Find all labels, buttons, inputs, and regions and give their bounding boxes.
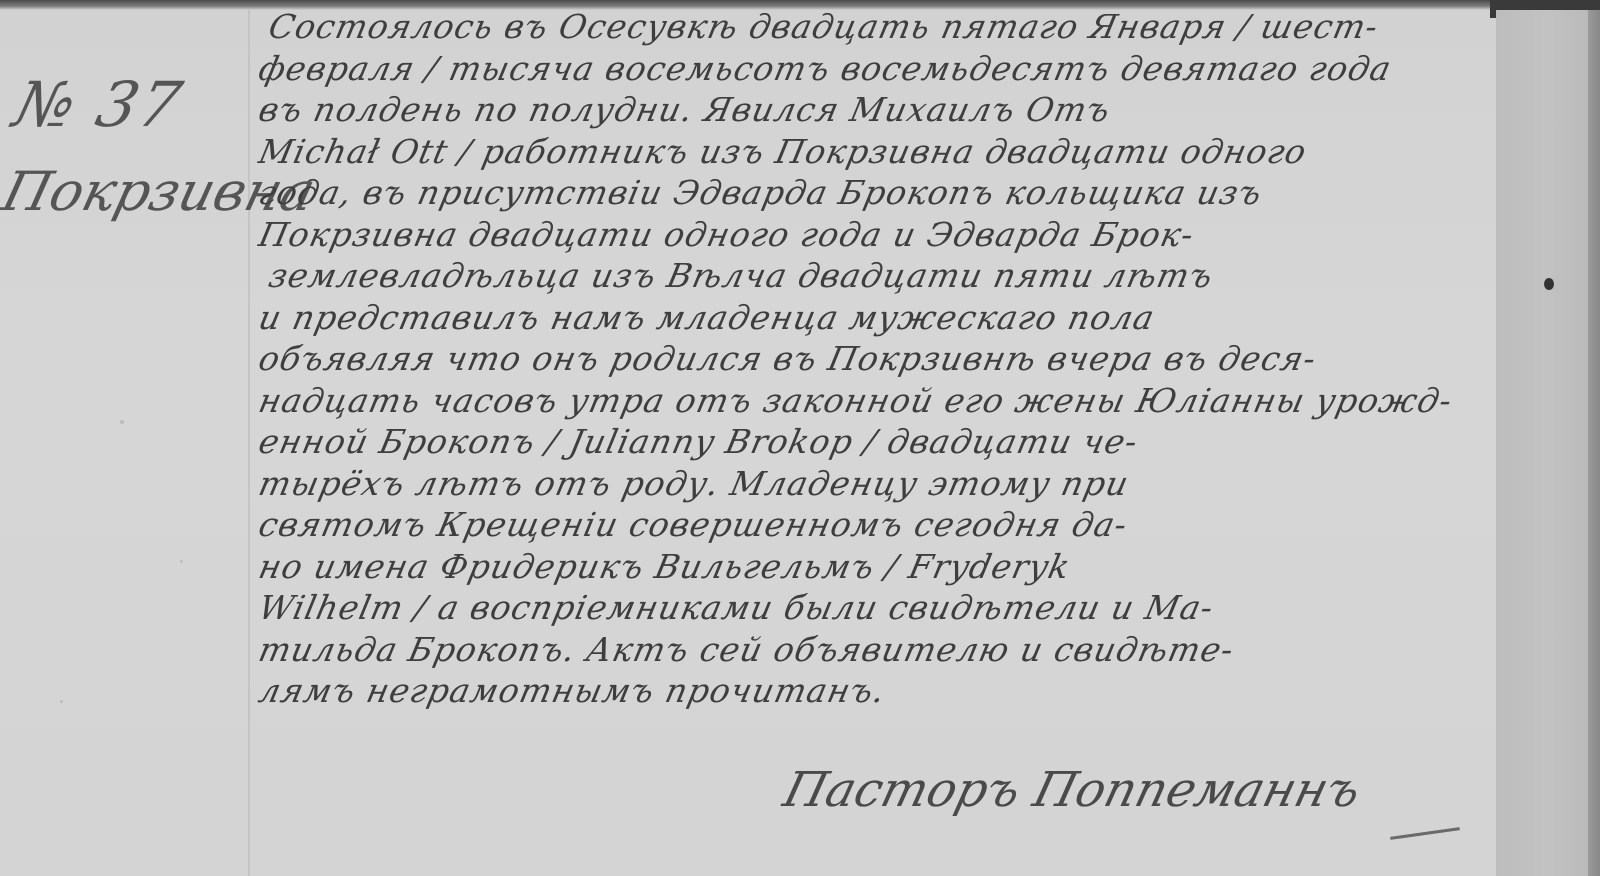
scanned-page: № 37 Покрзивна Состоялось въ Осесувкѣ дв… (0, 0, 1600, 876)
record-line: Состоялось въ Осесувкѣ двадцать пятаго Я… (255, 6, 1544, 48)
record-line: и представилъ намъ младенца мужескаго по… (255, 297, 1544, 339)
paper-speck (180, 560, 183, 563)
ink-blot (1544, 278, 1554, 290)
record-body: Состоялось въ Осесувкѣ двадцать пятаго Я… (255, 6, 1535, 712)
pastor-signature: Пасторъ Поппеманнъ (778, 762, 1366, 818)
record-line: лямъ неграмотнымъ прочитанъ. (255, 670, 1544, 712)
record-line: тырёхъ лѣтъ отъ роду. Младенцу этому при (255, 463, 1544, 505)
record-line: енной Брокопъ / Julianny Brokop / двадца… (255, 421, 1544, 463)
paper-speck (120, 420, 124, 424)
record-line: Покрзивна двадцати одного года и Эдварда… (255, 214, 1544, 256)
margin-rule-line (248, 10, 250, 876)
binding-edge (1588, 10, 1600, 876)
record-line: святомъ Крещеніи совершенномъ сегодня да… (255, 504, 1544, 546)
record-line: года, въ присутствіи Эдварда Брокопъ кол… (255, 172, 1544, 214)
record-line: Wilhelm / а воспріемниками были свидѣтел… (255, 587, 1544, 629)
record-line: февраля / тысяча восемьсотъ восемьдесятъ… (255, 48, 1544, 90)
record-line: въ полдень по полудни. Явился Михаилъ От… (255, 89, 1544, 131)
record-line: но имена Фридерикъ Вильгельмъ / Fryderyk (255, 546, 1544, 588)
paper-speck (60, 700, 63, 703)
record-line: надцать часовъ утра отъ законной его жен… (255, 380, 1544, 422)
record-line: объявляя что онъ родился въ Покрзивнѣ вч… (255, 338, 1544, 380)
record-line: землевладѣльца изъ Вѣлча двадцати пяти л… (255, 255, 1544, 297)
record-line: Michał Ott / работникъ изъ Покрзивна два… (255, 131, 1544, 173)
signature-flourish (1390, 827, 1460, 840)
record-line: тильда Брокопъ. Актъ сей объявителю и св… (255, 629, 1544, 671)
record-number: № 37 (7, 68, 190, 141)
